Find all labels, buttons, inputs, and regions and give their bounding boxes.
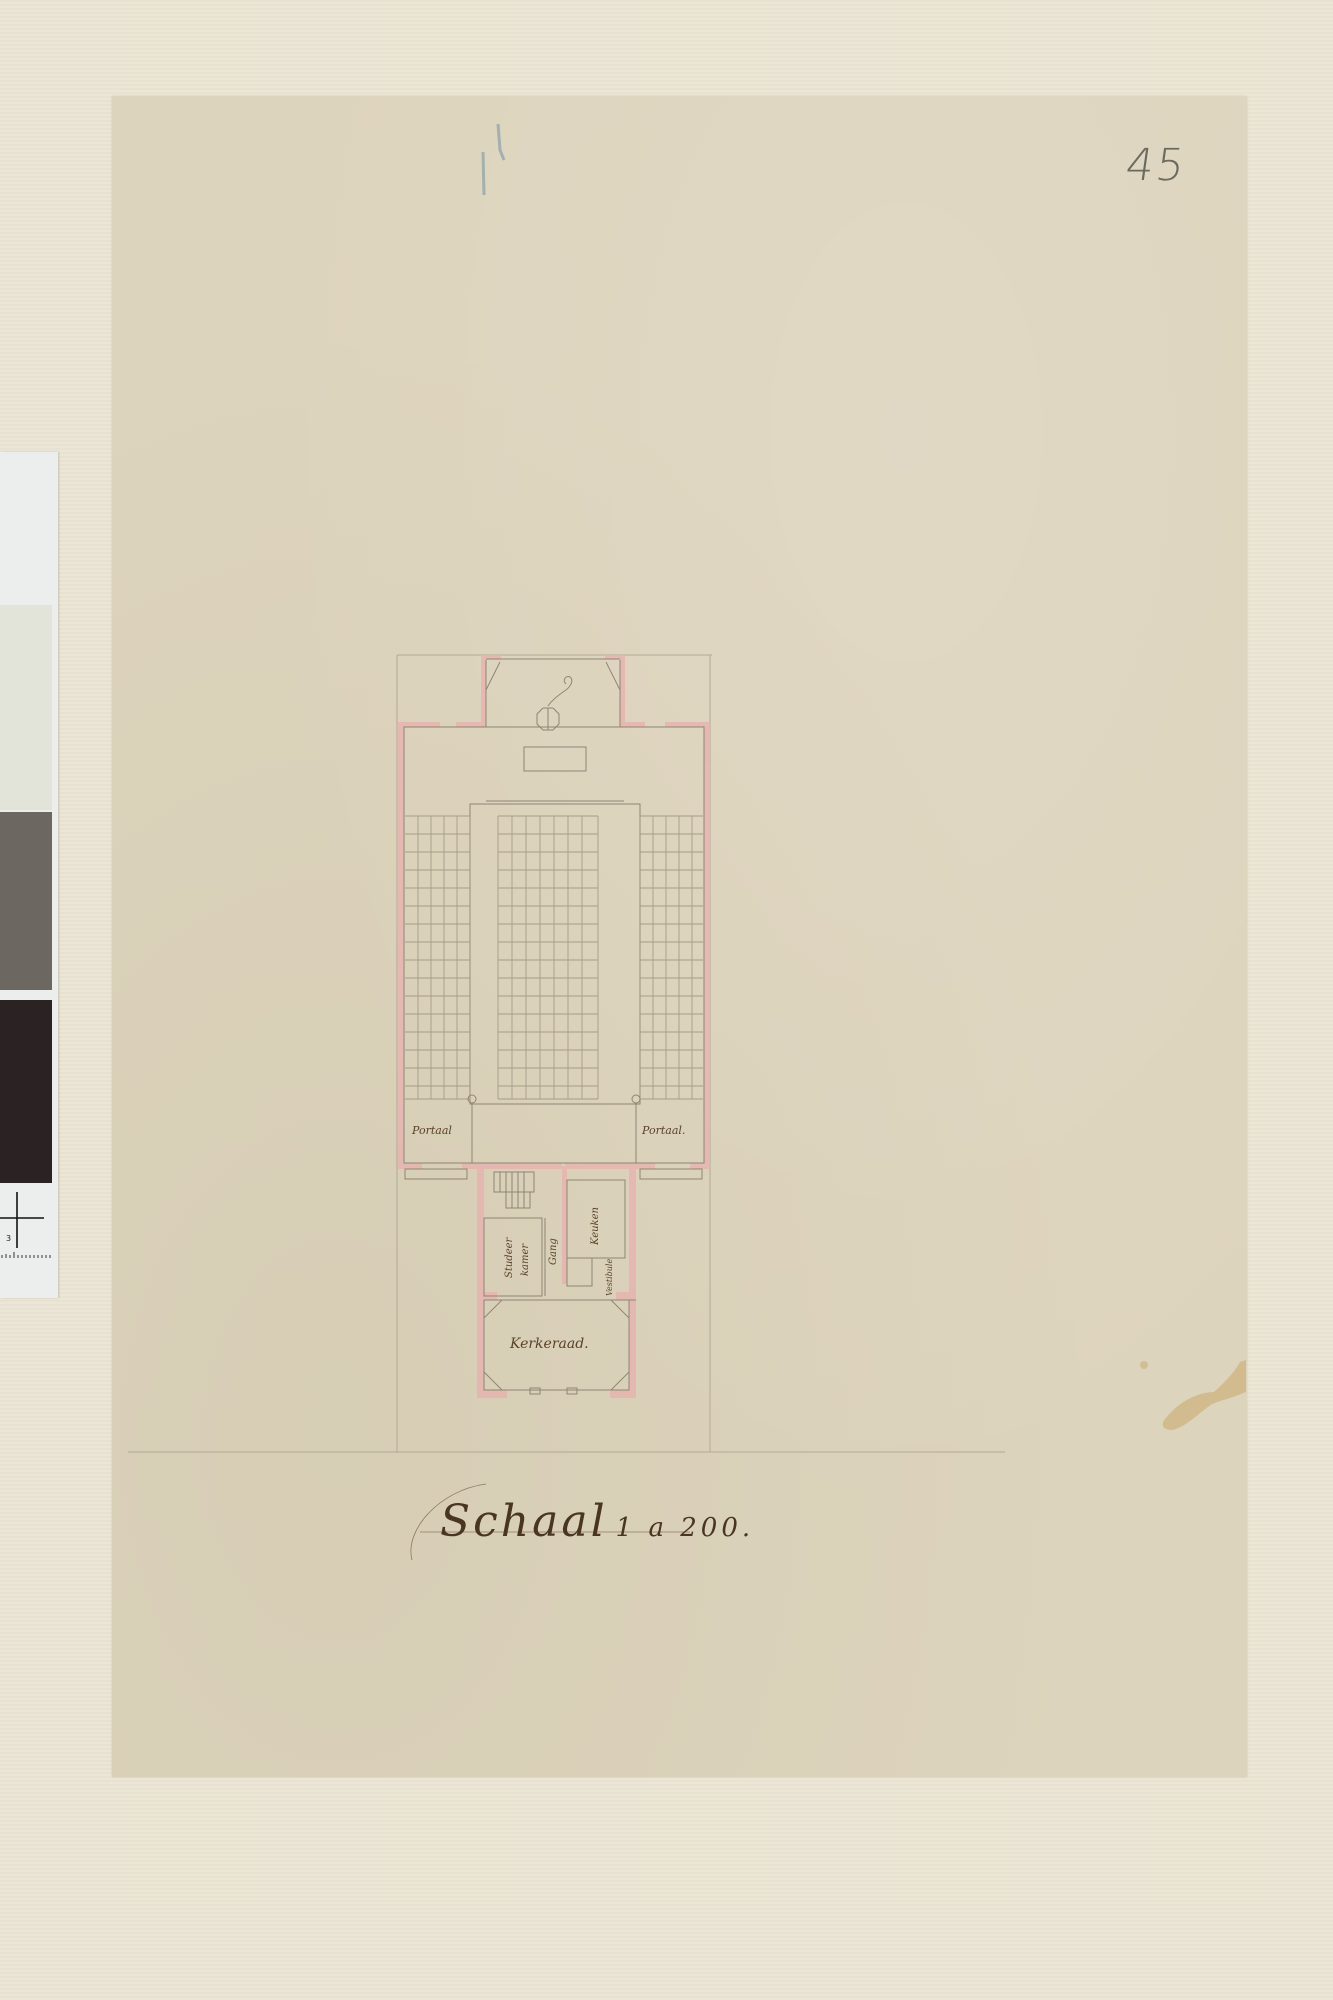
scale-ratio: 1 a 200. [616, 1513, 754, 1543]
scale-title-word: Schaal [440, 1496, 608, 1547]
blue-pencil-mark [483, 124, 504, 195]
room-label-vestibule: Vestibule [605, 1259, 614, 1296]
room-label-gang: Gang [548, 1238, 559, 1265]
floor-plan: Portaal Portaal. Studeer kamer Gang Keuk… [0, 0, 1333, 2000]
room-label-kerkeraad: Kerkeraad. [509, 1336, 589, 1352]
room-label-studeer: Studeer [504, 1236, 515, 1278]
room-label-keuken: Keuken [590, 1207, 601, 1246]
construction-lines [128, 655, 1005, 1452]
water-stain [1140, 1360, 1246, 1430]
room-label-portaal-left: Portaal [411, 1124, 452, 1137]
room-label-portaal-right: Portaal. [641, 1124, 685, 1137]
room-label-kamer: kamer [520, 1243, 531, 1276]
scale-title: Schaal1 a 200. [440, 1496, 754, 1547]
pew-grids [405, 816, 703, 1099]
